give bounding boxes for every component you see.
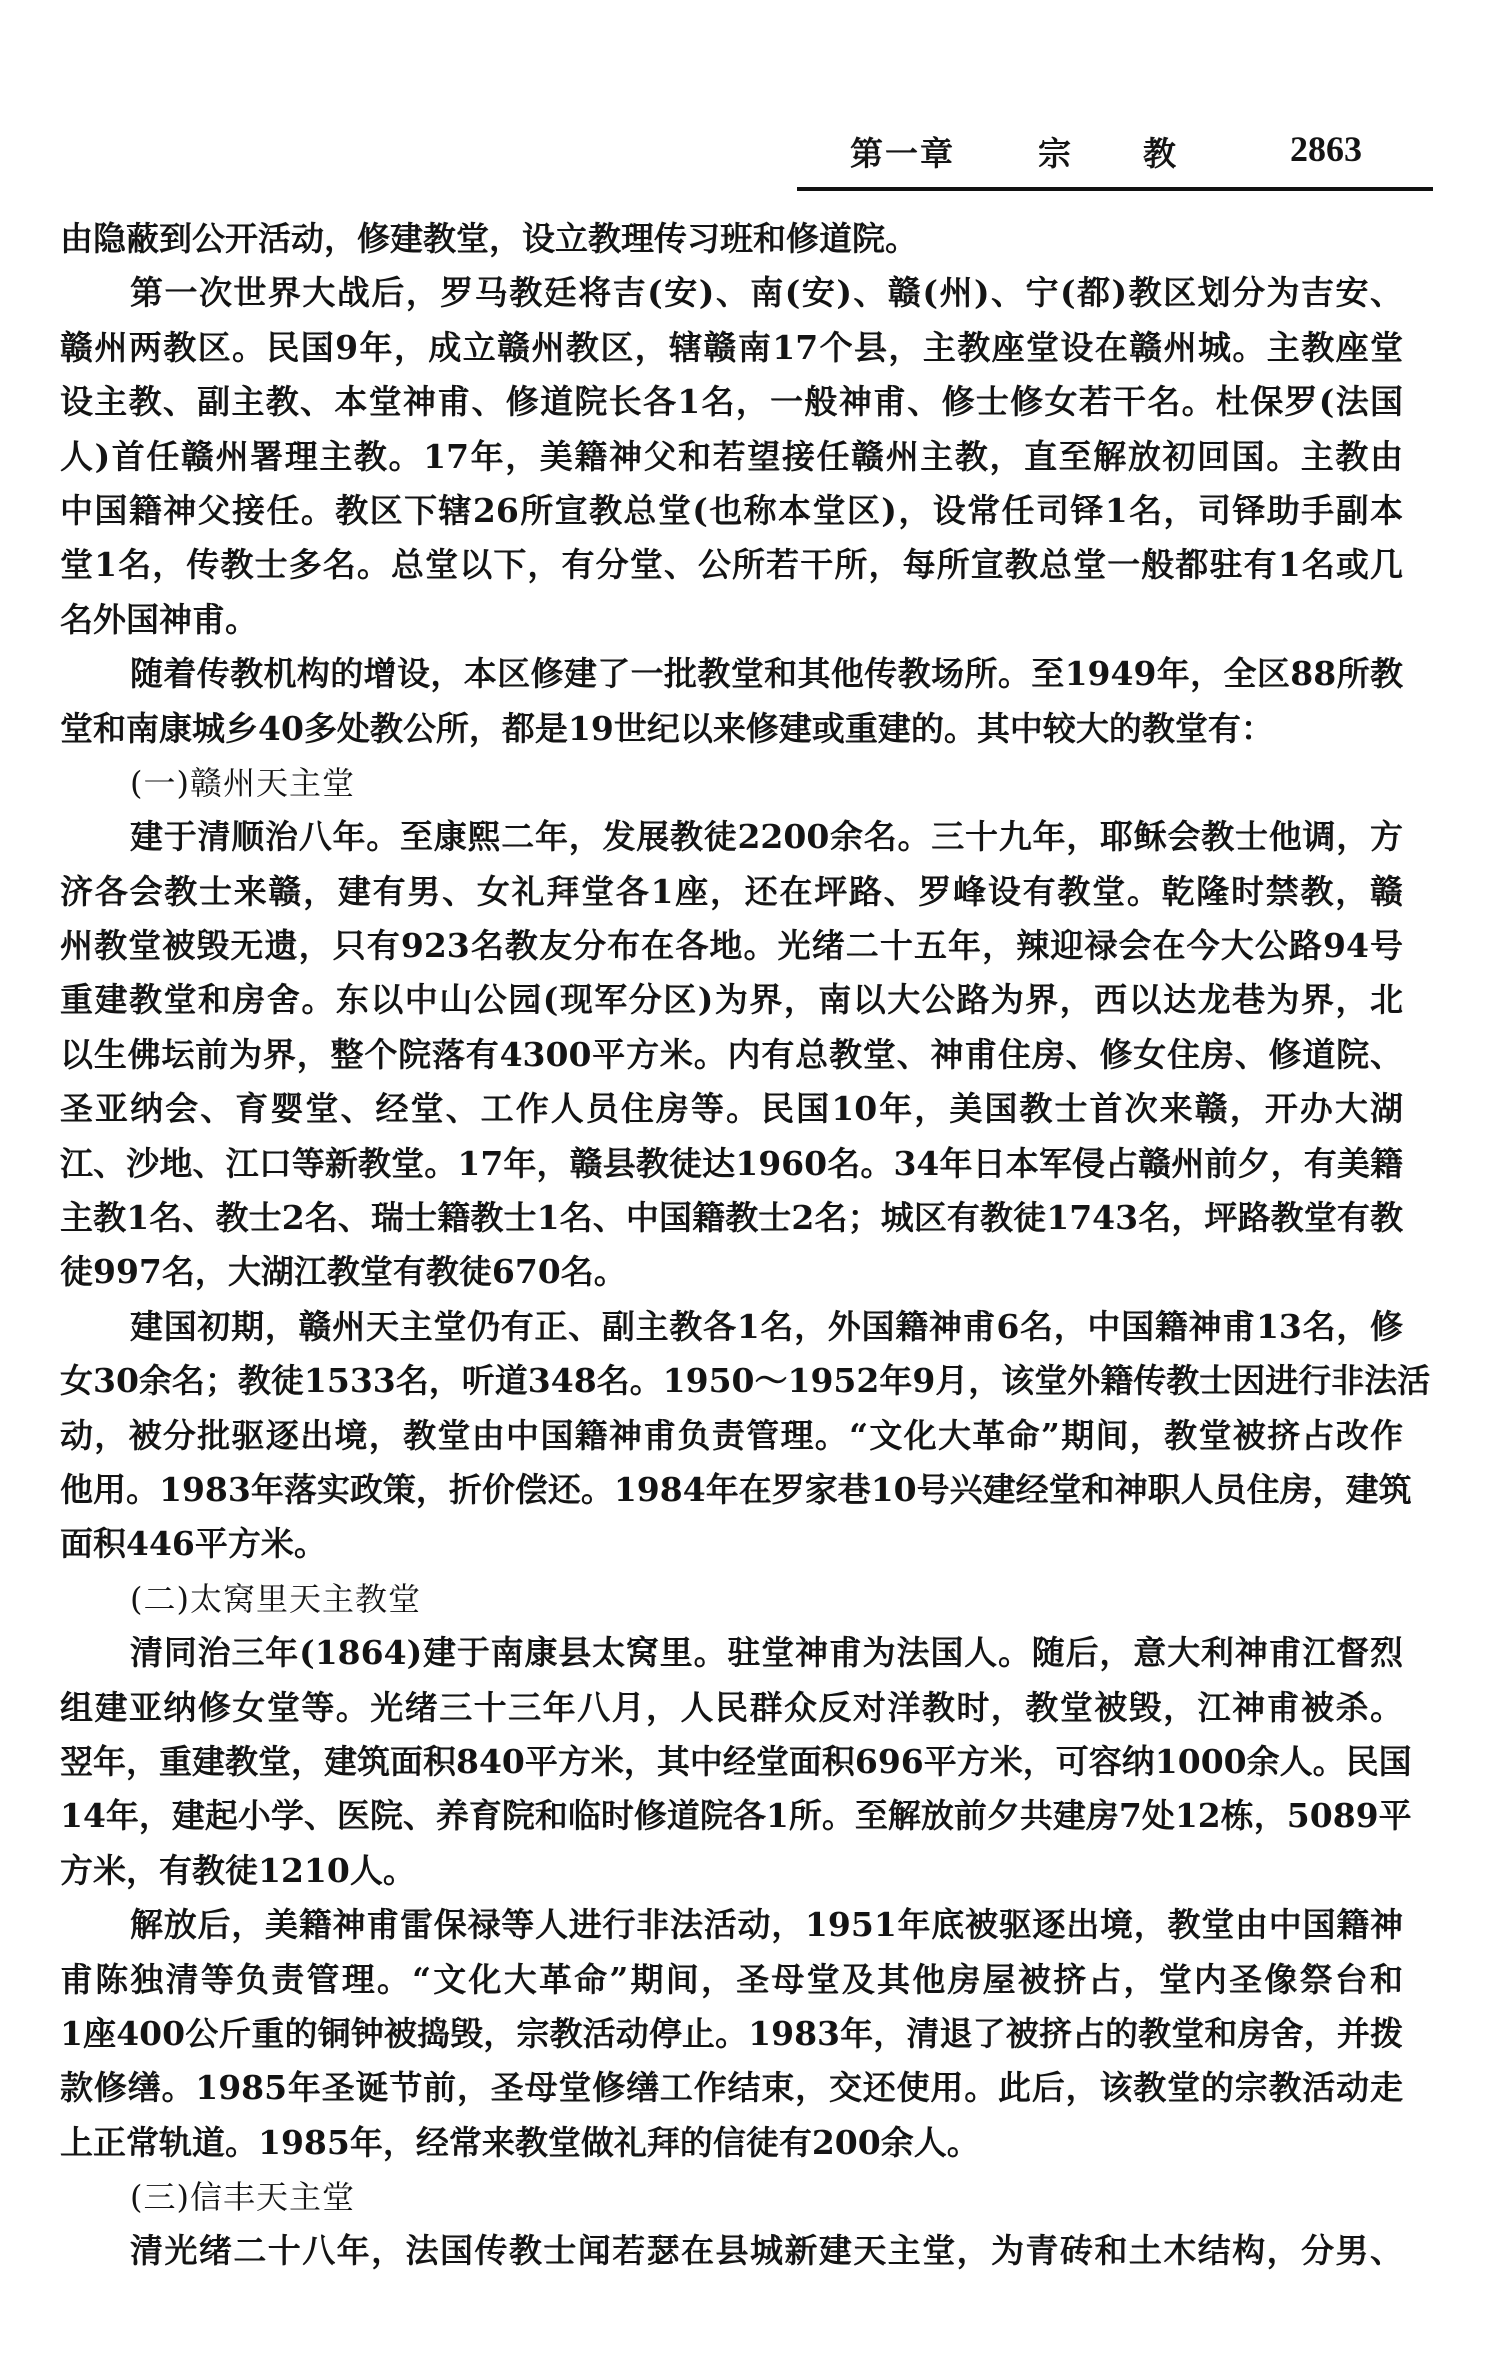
text-line: 由隐蔽到公开活动，修建教堂，设立教理传习班和修道院。 bbox=[60, 212, 1403, 266]
text-line: 名外国神甫。 bbox=[60, 593, 1403, 647]
section-title-char-1: 宗 bbox=[1038, 128, 1071, 175]
text-line: 济各会教士来赣，建有男、女礼拜堂各1座，还在坪路、罗峰设有教堂。乾隆时禁教，赣 bbox=[60, 865, 1403, 919]
text-line: 建国初期，赣州天主堂仍有正、副主教各1名，外国籍神甫6名，中国籍神甫13名，修 bbox=[60, 1300, 1403, 1354]
text-line: 甫陈独清等负责管理。“文化大革命”期间，圣母堂及其他房屋被挤占，堂内圣像祭台和 bbox=[60, 1953, 1403, 2007]
body-text: 由隐蔽到公开活动，修建教堂，设立教理传习班和修道院。第一次世界大战后，罗马教廷将… bbox=[60, 212, 1403, 2279]
header-rule bbox=[797, 187, 1433, 191]
text-line: 随着传教机构的增设，本区修建了一批教堂和其他传教场所。至1949年，全区88所教 bbox=[60, 647, 1403, 701]
page-number: 2863 bbox=[1290, 128, 1362, 170]
section-heading: (二)太窝里天主教堂 bbox=[60, 1572, 1403, 1626]
book-page: 第一章 宗 教 2863 由隐蔽到公开活动，修建教堂，设立教理传习班和修道院。第… bbox=[0, 0, 1500, 2370]
text-line: 江、沙地、江口等新教堂。17年，赣县教徒达1960名。34年日本军侵占赣州前夕，… bbox=[60, 1137, 1403, 1191]
text-line: 重建教堂和房舍。东以中山公园(现军分区)为界，南以大公路为界，西以达龙巷为界，北 bbox=[60, 973, 1403, 1027]
text-line: 建于清顺治八年。至康熙二年，发展教徒2200余名。三十九年，耶稣会教士他调，方 bbox=[60, 810, 1403, 864]
text-line: 14年，建起小学、医院、养育院和临时修道院各1所。至解放前夕共建房7处12栋，5… bbox=[60, 1789, 1403, 1843]
text-line: 圣亚纳会、育婴堂、经堂、工作人员住房等。民国10年，美国教士首次来赣，开办大湖 bbox=[60, 1082, 1403, 1136]
text-line: 第一次世界大战后，罗马教廷将吉(安)、南(安)、赣(州)、宁(都)教区划分为吉安… bbox=[60, 266, 1403, 320]
text-line: 徒997名，大湖江教堂有教徒670名。 bbox=[60, 1245, 1403, 1299]
text-line: 主教1名、教士2名、瑞士籍教士1名、中国籍教士2名；城区有教徒1743名，坪路教… bbox=[60, 1191, 1403, 1245]
text-line: 1座400公斤重的铜钟被捣毁，宗教活动停止。1983年，清退了被挤占的教堂和房舍… bbox=[60, 2007, 1403, 2061]
text-line: 上正常轨道。1985年，经常来教堂做礼拜的信徒有200余人。 bbox=[60, 2116, 1403, 2170]
text-line: 州教堂被毁无遗，只有923名教友分布在各地。光绪二十五年，辣迎禄会在今大公路94… bbox=[60, 919, 1403, 973]
text-line: 解放后，美籍神甫雷保禄等人进行非法活动，1951年底被驱逐出境，教堂由中国籍神 bbox=[60, 1898, 1403, 1952]
text-line: 人)首任赣州署理主教。17年，美籍神父和若望接任赣州主教，直至解放初回国。主教由 bbox=[60, 430, 1403, 484]
running-head: 第一章 宗 教 2863 bbox=[0, 128, 1500, 178]
text-line: 清同治三年(1864)建于南康县太窝里。驻堂神甫为法国人。随后，意大利神甫江督烈 bbox=[60, 1626, 1403, 1680]
text-line: 堂1名，传教士多名。总堂以下，有分堂、公所若干所，每所宣教总堂一般都驻有1名或几 bbox=[60, 538, 1403, 592]
text-line: 中国籍神父接任。教区下辖26所宣教总堂(也称本堂区)，设常任司铎1名，司铎助手副… bbox=[60, 484, 1403, 538]
text-line: 堂和南康城乡40多处教公所，都是19世纪以来修建或重建的。其中较大的教堂有： bbox=[60, 702, 1403, 756]
text-line: 以生佛坛前为界，整个院落有4300平方米。内有总教堂、神甫住房、修女住房、修道院… bbox=[60, 1028, 1403, 1082]
text-line: 他用。1983年落实政策，折价偿还。1984年在罗家巷10号兴建经堂和神职人员住… bbox=[60, 1463, 1403, 1517]
text-line: 赣州两教区。民国9年，成立赣州教区，辖赣南17个县，主教座堂设在赣州城。主教座堂 bbox=[60, 321, 1403, 375]
text-line: 清光绪二十八年，法国传教士闻若瑟在县城新建天主堂，为青砖和土木结构，分男、 bbox=[60, 2224, 1403, 2278]
text-line: 动，被分批驱逐出境，教堂由中国籍神甫负责管理。“文化大革命”期间，教堂被挤占改作 bbox=[60, 1409, 1403, 1463]
text-line: 款修缮。1985年圣诞节前，圣母堂修缮工作结束，交还使用。此后，该教堂的宗教活动… bbox=[60, 2061, 1403, 2115]
text-line: 方米，有教徒1210人。 bbox=[60, 1844, 1403, 1898]
section-heading: (三)信丰天主堂 bbox=[60, 2170, 1403, 2224]
section-title-char-2: 教 bbox=[1143, 128, 1176, 175]
chapter-label: 第一章 bbox=[850, 128, 955, 175]
text-line: 面积446平方米。 bbox=[60, 1517, 1403, 1571]
text-line: 组建亚纳修女堂等。光绪三十三年八月，人民群众反对洋教时，教堂被毁，江神甫被杀。 bbox=[60, 1681, 1403, 1735]
text-line: 女30余名；教徒1533名，听道348名。1950～1952年9月，该堂外籍传教… bbox=[60, 1354, 1403, 1408]
text-line: 翌年，重建教堂，建筑面积840平方米，其中经堂面积696平方米，可容纳1000余… bbox=[60, 1735, 1403, 1789]
text-line: 设主教、副主教、本堂神甫、修道院长各1名，一般神甫、修士修女若干名。杜保罗(法国 bbox=[60, 375, 1403, 429]
section-heading: (一)赣州天主堂 bbox=[60, 756, 1403, 810]
